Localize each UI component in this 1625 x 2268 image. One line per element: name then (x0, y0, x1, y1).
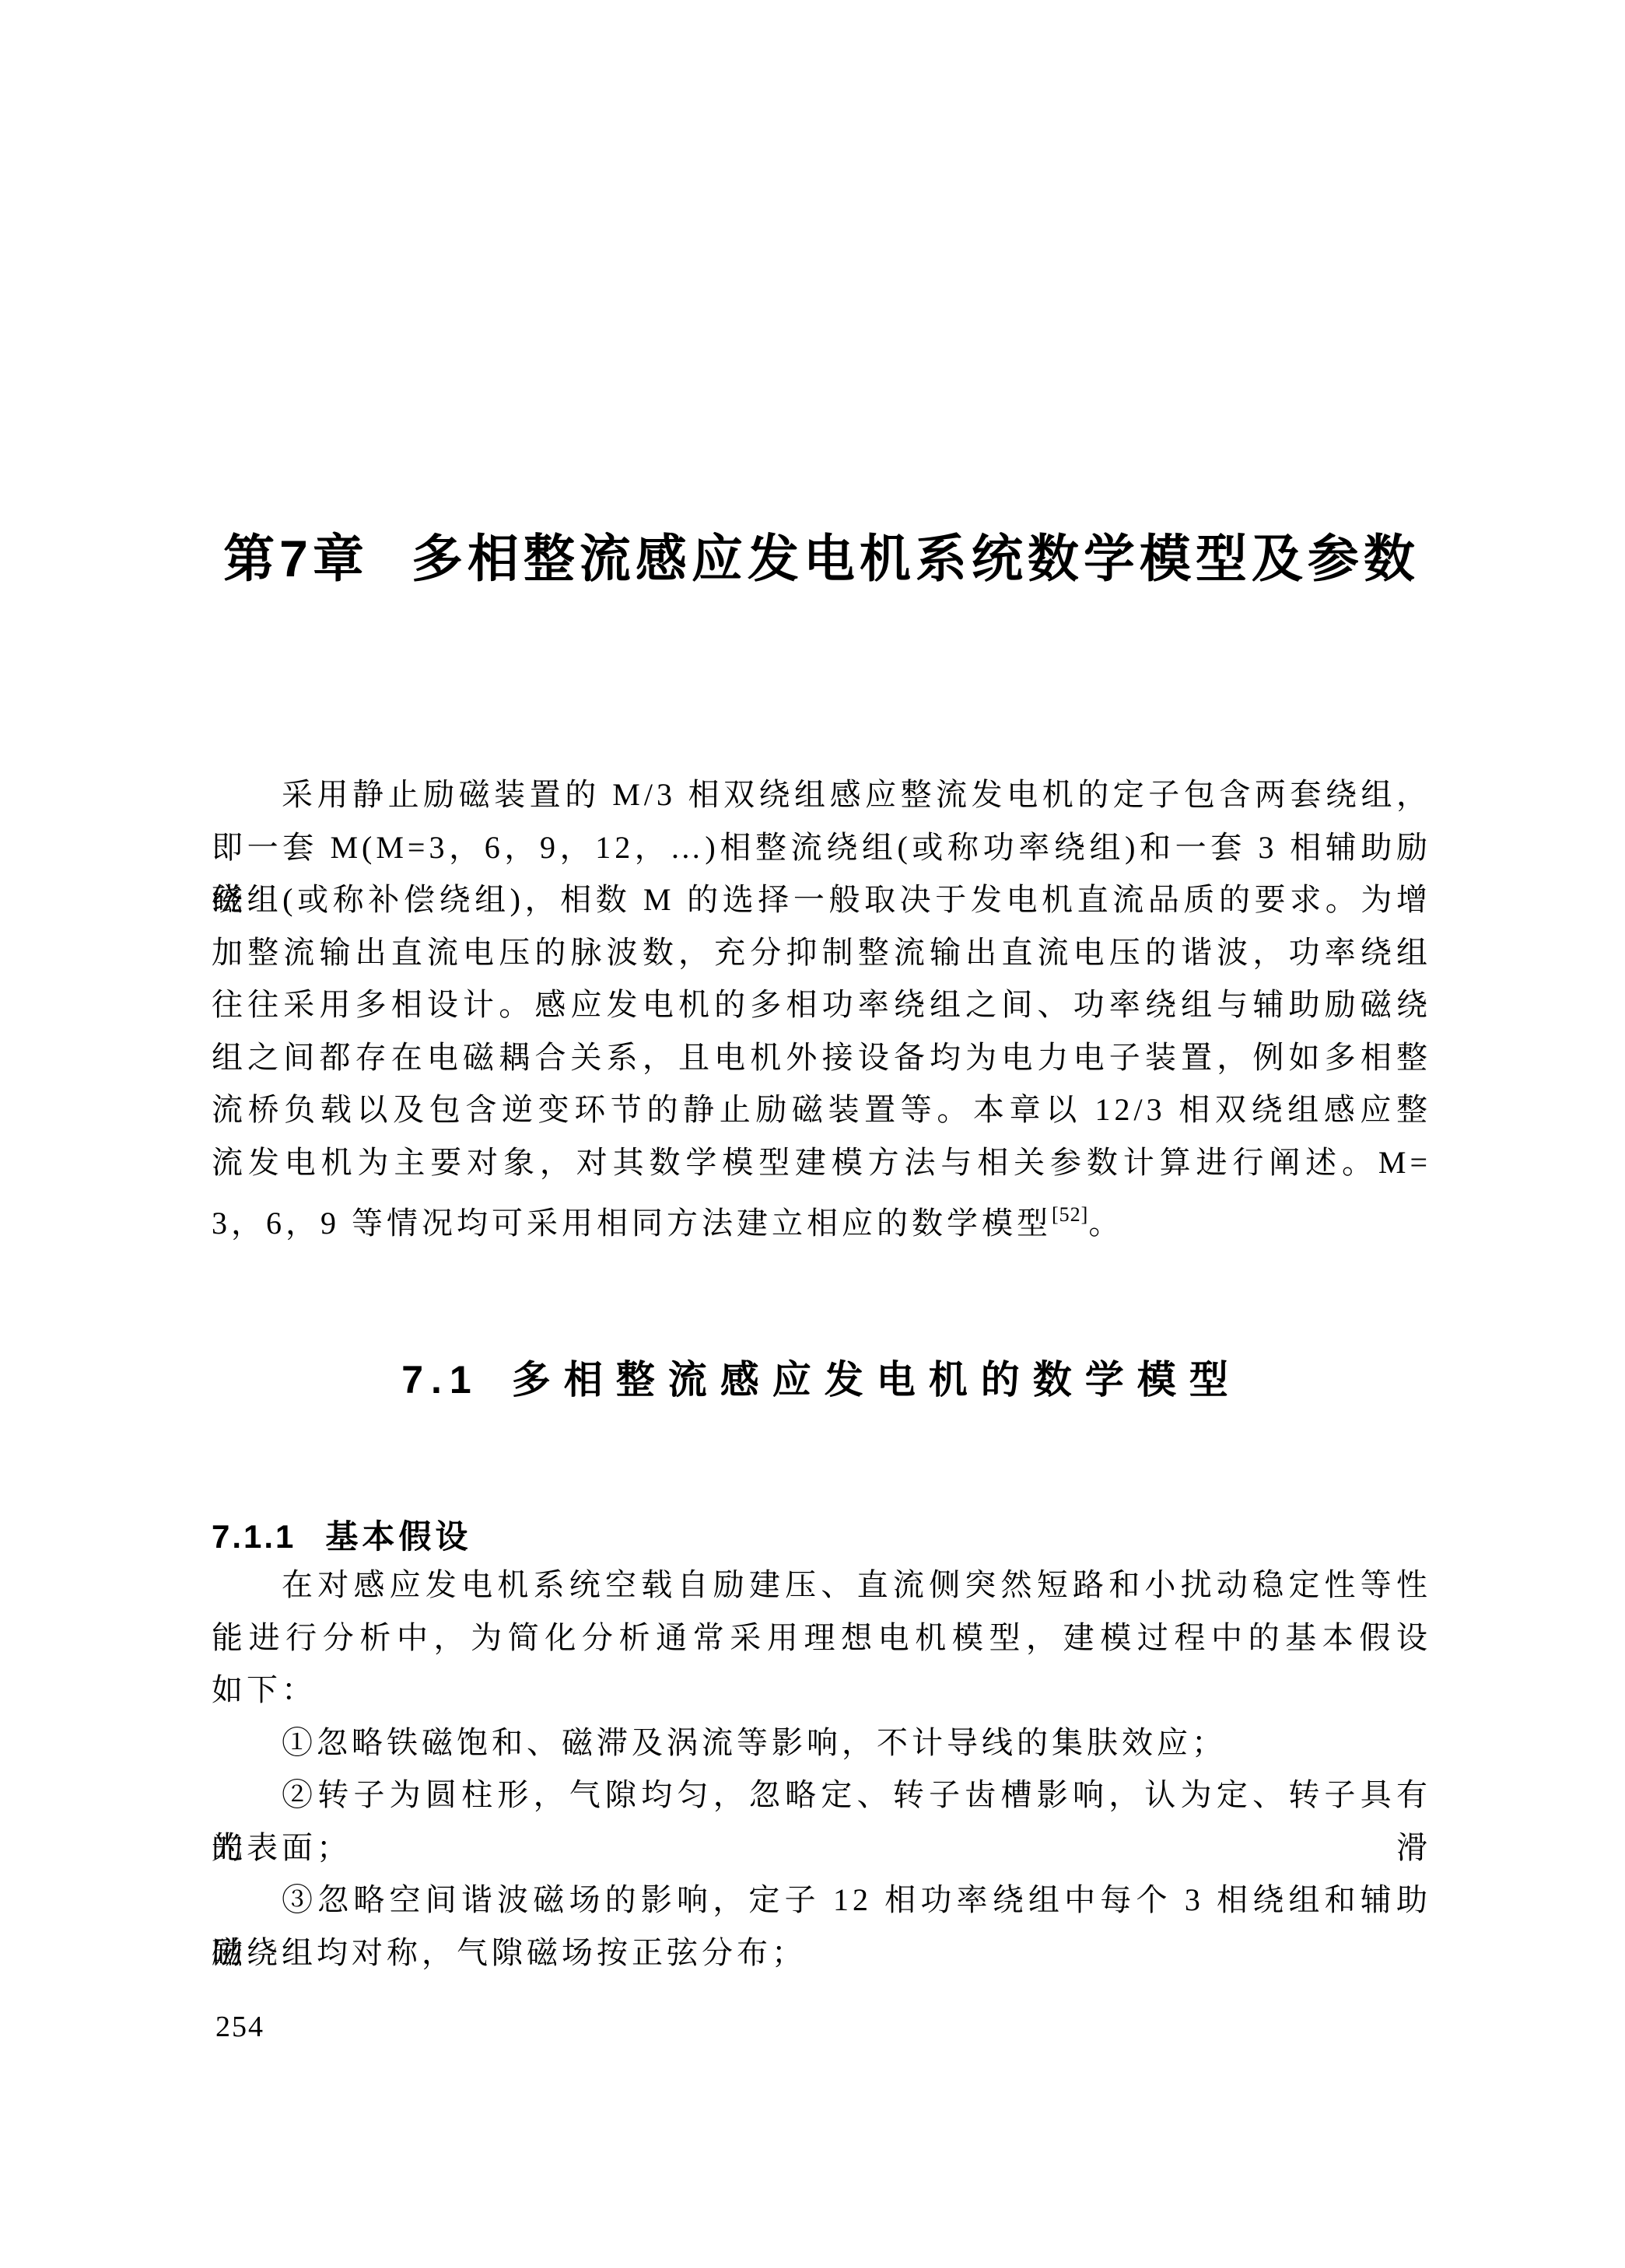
paragraph-line: 在对感应发电机系统空载自励建压、直流侧突然短路和小扰动稳定性等性 (212, 1559, 1431, 1612)
paragraph-line: 即一套 M(M=3，6，9，12，…)相整流绕组(或称功率绕组)和一套 3 相辅… (212, 821, 1431, 874)
assumptions-paragraph: 在对感应发电机系统空载自励建压、直流侧突然短路和小扰动稳定性等性 能进行分析中，… (212, 1559, 1431, 1979)
subsection-number: 7.1.1 (212, 1518, 296, 1555)
paragraph-line: 如下： (212, 1664, 1431, 1717)
paragraph-line: 流桥负载以及包含逆变环节的静止励磁装置等。本章以 12/3 相双绕组感应整 (212, 1083, 1431, 1136)
paragraph-line: 采用静止励磁装置的 M/3 相双绕组感应整流发电机的定子包含两套绕组， (212, 768, 1431, 821)
chapter-number: 第7章 (223, 530, 369, 587)
list-item-line: ③忽略空间谐波磁场的影响，定子 12 相功率绕组中每个 3 相绕组和辅助励 (212, 1874, 1431, 1927)
book-page: 第7章多相整流感应发电机系统数学模型及参数 采用静止励磁装置的 M/3 相双绕组… (0, 0, 1625, 2268)
paragraph-line: 能进行分析中，为简化分析通常采用理想电机模型，建模过程中的基本假设 (212, 1612, 1431, 1664)
paragraph-line: 往往采用多相设计。感应发电机的多相功率绕组之间、功率绕组与辅助励磁绕 (212, 978, 1431, 1031)
list-item-line: ②转子为圆柱形，气隙均匀，忽略定、转子齿槽影响，认为定、转子具有光滑 (212, 1769, 1431, 1822)
subsection-title-text: 基本假设 (325, 1518, 471, 1555)
page-number: 254 (215, 2009, 264, 2045)
paragraph-line: 流发电机为主要对象，对其数学模型建模方法与相关参数计算进行阐述。M= (212, 1136, 1431, 1189)
paragraph-line: 3，6，9 等情况均可采用相同方法建立相应的数学模型[52]。 (212, 1188, 1431, 1241)
intro-paragraph: 采用静止励磁装置的 M/3 相双绕组感应整流发电机的定子包含两套绕组， 即一套 … (212, 768, 1431, 1241)
section-number: 7.1 (401, 1358, 479, 1402)
list-item-line: ①忽略铁磁饱和、磁滞及涡流等影响，不计导线的集肤效应； (212, 1717, 1431, 1769)
paragraph-line: 组之间都存在电磁耦合关系，且电机外接设备均为电力电子装置，例如多相整 (212, 1031, 1431, 1084)
citation-superscript: [52] (1052, 1203, 1088, 1226)
list-item-line: 磁绕组均对称，气隙磁场按正弦分布； (212, 1927, 1431, 1979)
subsection-title: 7.1.1基本假设 (212, 1515, 1431, 1559)
sentence-end: 。 (1088, 1206, 1123, 1241)
section-title: 7.1多相整流感应发电机的数学模型 (212, 1355, 1431, 1405)
section-title-text: 多相整流感应发电机的数学模型 (512, 1358, 1242, 1402)
chapter-title: 第7章多相整流感应发电机系统数学模型及参数 (212, 527, 1431, 590)
paragraph-line: 绕组(或称补偿绕组)，相数 M 的选择一般取决于发电机直流品质的要求。为增 (212, 873, 1431, 926)
chapter-title-text: 多相整流感应发电机系统数学模型及参数 (412, 530, 1420, 587)
paragraph-line-text: 3，6，9 等情况均可采用相同方法建立相应的数学模型 (212, 1206, 1052, 1241)
paragraph-line: 加整流输出直流电压的脉波数，充分抑制整流输出直流电压的谐波，功率绕组 (212, 926, 1431, 979)
